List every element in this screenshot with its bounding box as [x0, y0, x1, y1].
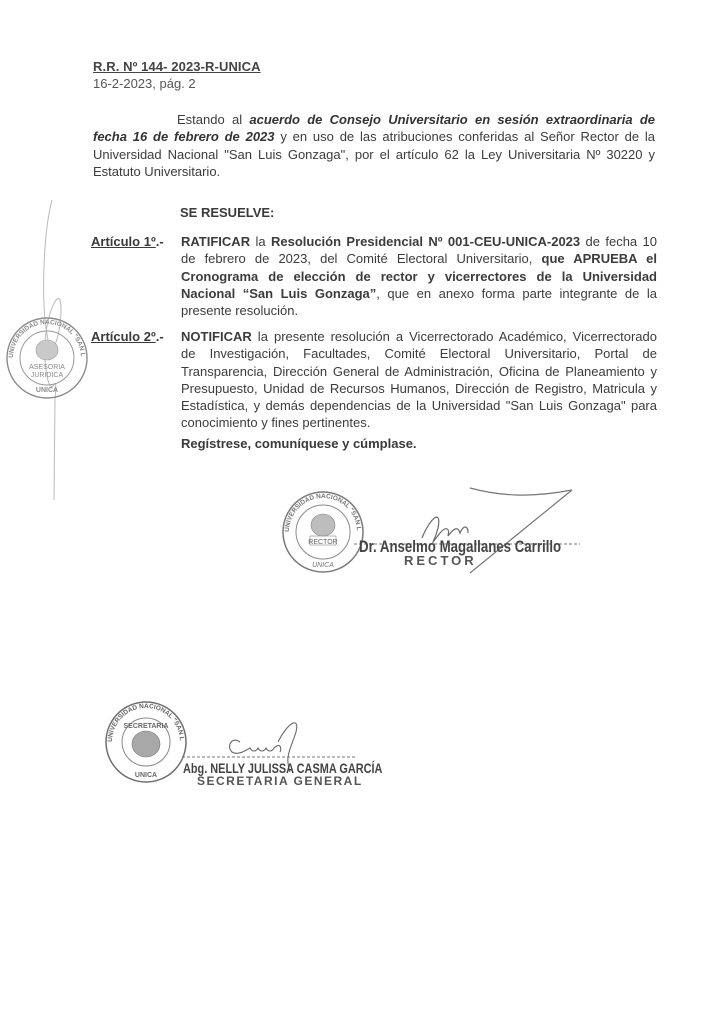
rector-handwritten-signature [350, 478, 590, 588]
article-1-body: RATIFICAR la Resolución Presidencial Nº … [181, 233, 657, 319]
closing-formula: Regístrese, comuníquese y cúmplase. [181, 436, 417, 451]
secretaria-title: SECRETARIA GENERAL [197, 774, 363, 788]
article-2: Artículo 2º.- NOTIFICAR la presente reso… [91, 328, 657, 432]
svg-text:JURIDICA: JURIDICA [31, 372, 64, 379]
preamble-paragraph: Estando al acuerdo de Consejo Universita… [93, 111, 655, 180]
resolution-reference: R.R. Nº 144- 2023-R-UNICA [93, 59, 261, 74]
resolve-heading: SE RESUELVE: [180, 205, 274, 220]
svg-text:RECTOR: RECTOR [308, 539, 337, 546]
svg-text:UNICA: UNICA [36, 387, 58, 394]
svg-text:ASESORIA: ASESORIA [29, 364, 65, 371]
article-2-body: NOTIFICAR la presente resolución a Vicer… [181, 328, 657, 432]
article-1: Artículo 1º.- RATIFICAR la Resolución Pr… [91, 233, 657, 319]
article-1-label: Artículo 1º.- [91, 233, 164, 250]
svg-text:UNICA: UNICA [312, 562, 334, 569]
date-page: 16-2-2023, pág. 2 [93, 76, 196, 91]
preamble-lead: Estando al [177, 112, 249, 127]
svg-text:SECRETARIA: SECRETARIA [124, 723, 169, 730]
seal-asesoria-juridica: UNIVERSIDAD NACIONAL "SAN LUIS GONZAGA" … [5, 316, 89, 400]
seal-secretaria-general: UNIVERSIDAD NACIONAL "SAN LUIS GONZAGA" … [104, 700, 188, 784]
article-2-label: Artículo 2º.- [91, 328, 164, 345]
rector-title: RECTOR [404, 553, 477, 568]
svg-text:UNICA: UNICA [135, 772, 157, 779]
